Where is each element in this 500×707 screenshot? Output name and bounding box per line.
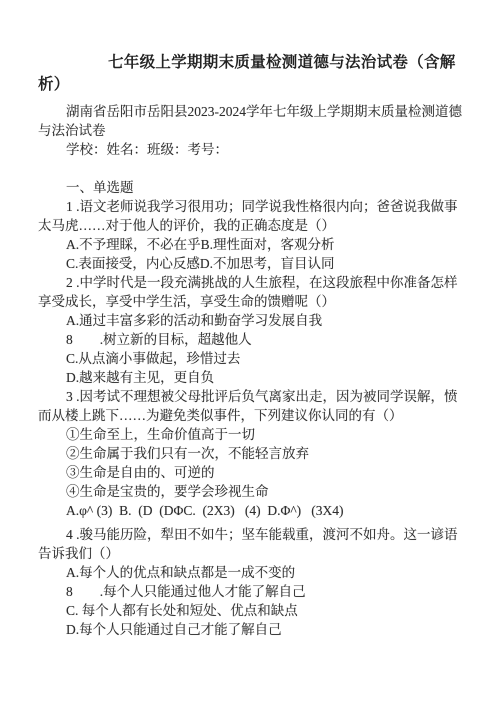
question: 4 .骏马能历险，犁田不如牛；坚车能载重，渡河不如舟。这一谚语告诉我们（）A.每… (38, 525, 464, 639)
question-line: ①生命至上，生命价值高于一切 (38, 425, 464, 444)
question-line: C.从点滴小事做起，珍惜过去 (38, 349, 464, 368)
question-line: A.每个人的优点和缺点都是一成不变的 (38, 563, 464, 582)
question-line: 而从楼上跳下……为避免类似事件，下列建议你认同的有（） (38, 406, 464, 425)
source-line1: 湖南省岳阳市岳阳县2023-2024学年七年级上学期期末质量检测道德 (38, 102, 464, 121)
section-heading: 一、单选题 (38, 178, 464, 197)
question: 2 .中学时代是一段充满挑战的人生旅程，在这段旅程中你准备怎样享受成长，享受中学… (38, 273, 464, 387)
question-line: 2 .中学时代是一段充满挑战的人生旅程，在这段旅程中你准备怎样 (38, 273, 464, 292)
question-line: A.φ^ (3) B. (D (DΦC. (2X3) (4) D.Φ^) (3X… (38, 501, 464, 520)
question: 1 .语文老师说我学习很用功；同学说我性格很内向；爸爸说我做事太马虎……对于他人… (38, 197, 464, 273)
question-line: 4 .骏马能历险，犁田不如牛；坚车能载重，渡河不如舟。这一谚语 (38, 525, 464, 544)
student-info-line: 学校：姓名：班级：考号： (38, 140, 464, 159)
question-line: ③生命是自由的、可逆的 (38, 463, 464, 482)
page-title-line1: 七年级上学期期末质量检测道德与法治试卷（含解 (38, 52, 464, 74)
question-line: 8 .树立新的目标，超越他人 (38, 330, 464, 349)
question-line: ②生命属于我们只有一次，不能轻言放弃 (38, 444, 464, 463)
question-line: 告诉我们（） (38, 544, 464, 563)
question-line: D.越来越有主见，更自负 (38, 368, 464, 387)
question-line: ④生命是宝贵的，要学会珍视生命 (38, 482, 464, 501)
question-line: 8 .每个人只能通过他人才能了解自己 (38, 582, 464, 601)
page-title: 七年级上学期期末质量检测道德与法治试卷（含解 析） (38, 52, 464, 96)
question-line: 太马虎……对于他人的评价，我的正确态度是（） (38, 216, 464, 235)
exam-paper-page: 七年级上学期期末质量检测道德与法治试卷（含解 析） 湖南省岳阳市岳阳县2023-… (0, 0, 500, 707)
question-line: C. 每个人都有长处和短处、优点和缺点 (38, 601, 464, 620)
question-line: 享受成长，享受中学生活，享受生命的馈赠呢（） (38, 292, 464, 311)
question-line: 3 .因考试不理想被父母批评后负气离家出走，因为被同学误解，愤 (38, 387, 464, 406)
blank-line (38, 159, 464, 178)
question-line: A.通过丰富多彩的活动和勤奋学习发展自我 (38, 311, 464, 330)
question: 3 .因考试不理想被父母批评后负气离家出走，因为被同学误解，愤而从楼上跳下……为… (38, 387, 464, 520)
questions: 1 .语文老师说我学习很用功；同学说我性格很内向；爸爸说我做事太马虎……对于他人… (38, 197, 464, 639)
question-line: D.每个人只能通过自己才能了解自己 (38, 620, 464, 639)
question-line: A.不予理睬，不必在乎B.理性面对，客观分析 (38, 235, 464, 254)
question-line: 1 .语文老师说我学习很用功；同学说我性格很内向；爸爸说我做事 (38, 197, 464, 216)
page-title-line2: 析） (38, 74, 464, 96)
source-line2: 与法治试卷 (38, 121, 464, 140)
question-line: C.表面接受，内心反感D.不加思考，盲目认同 (38, 254, 464, 273)
